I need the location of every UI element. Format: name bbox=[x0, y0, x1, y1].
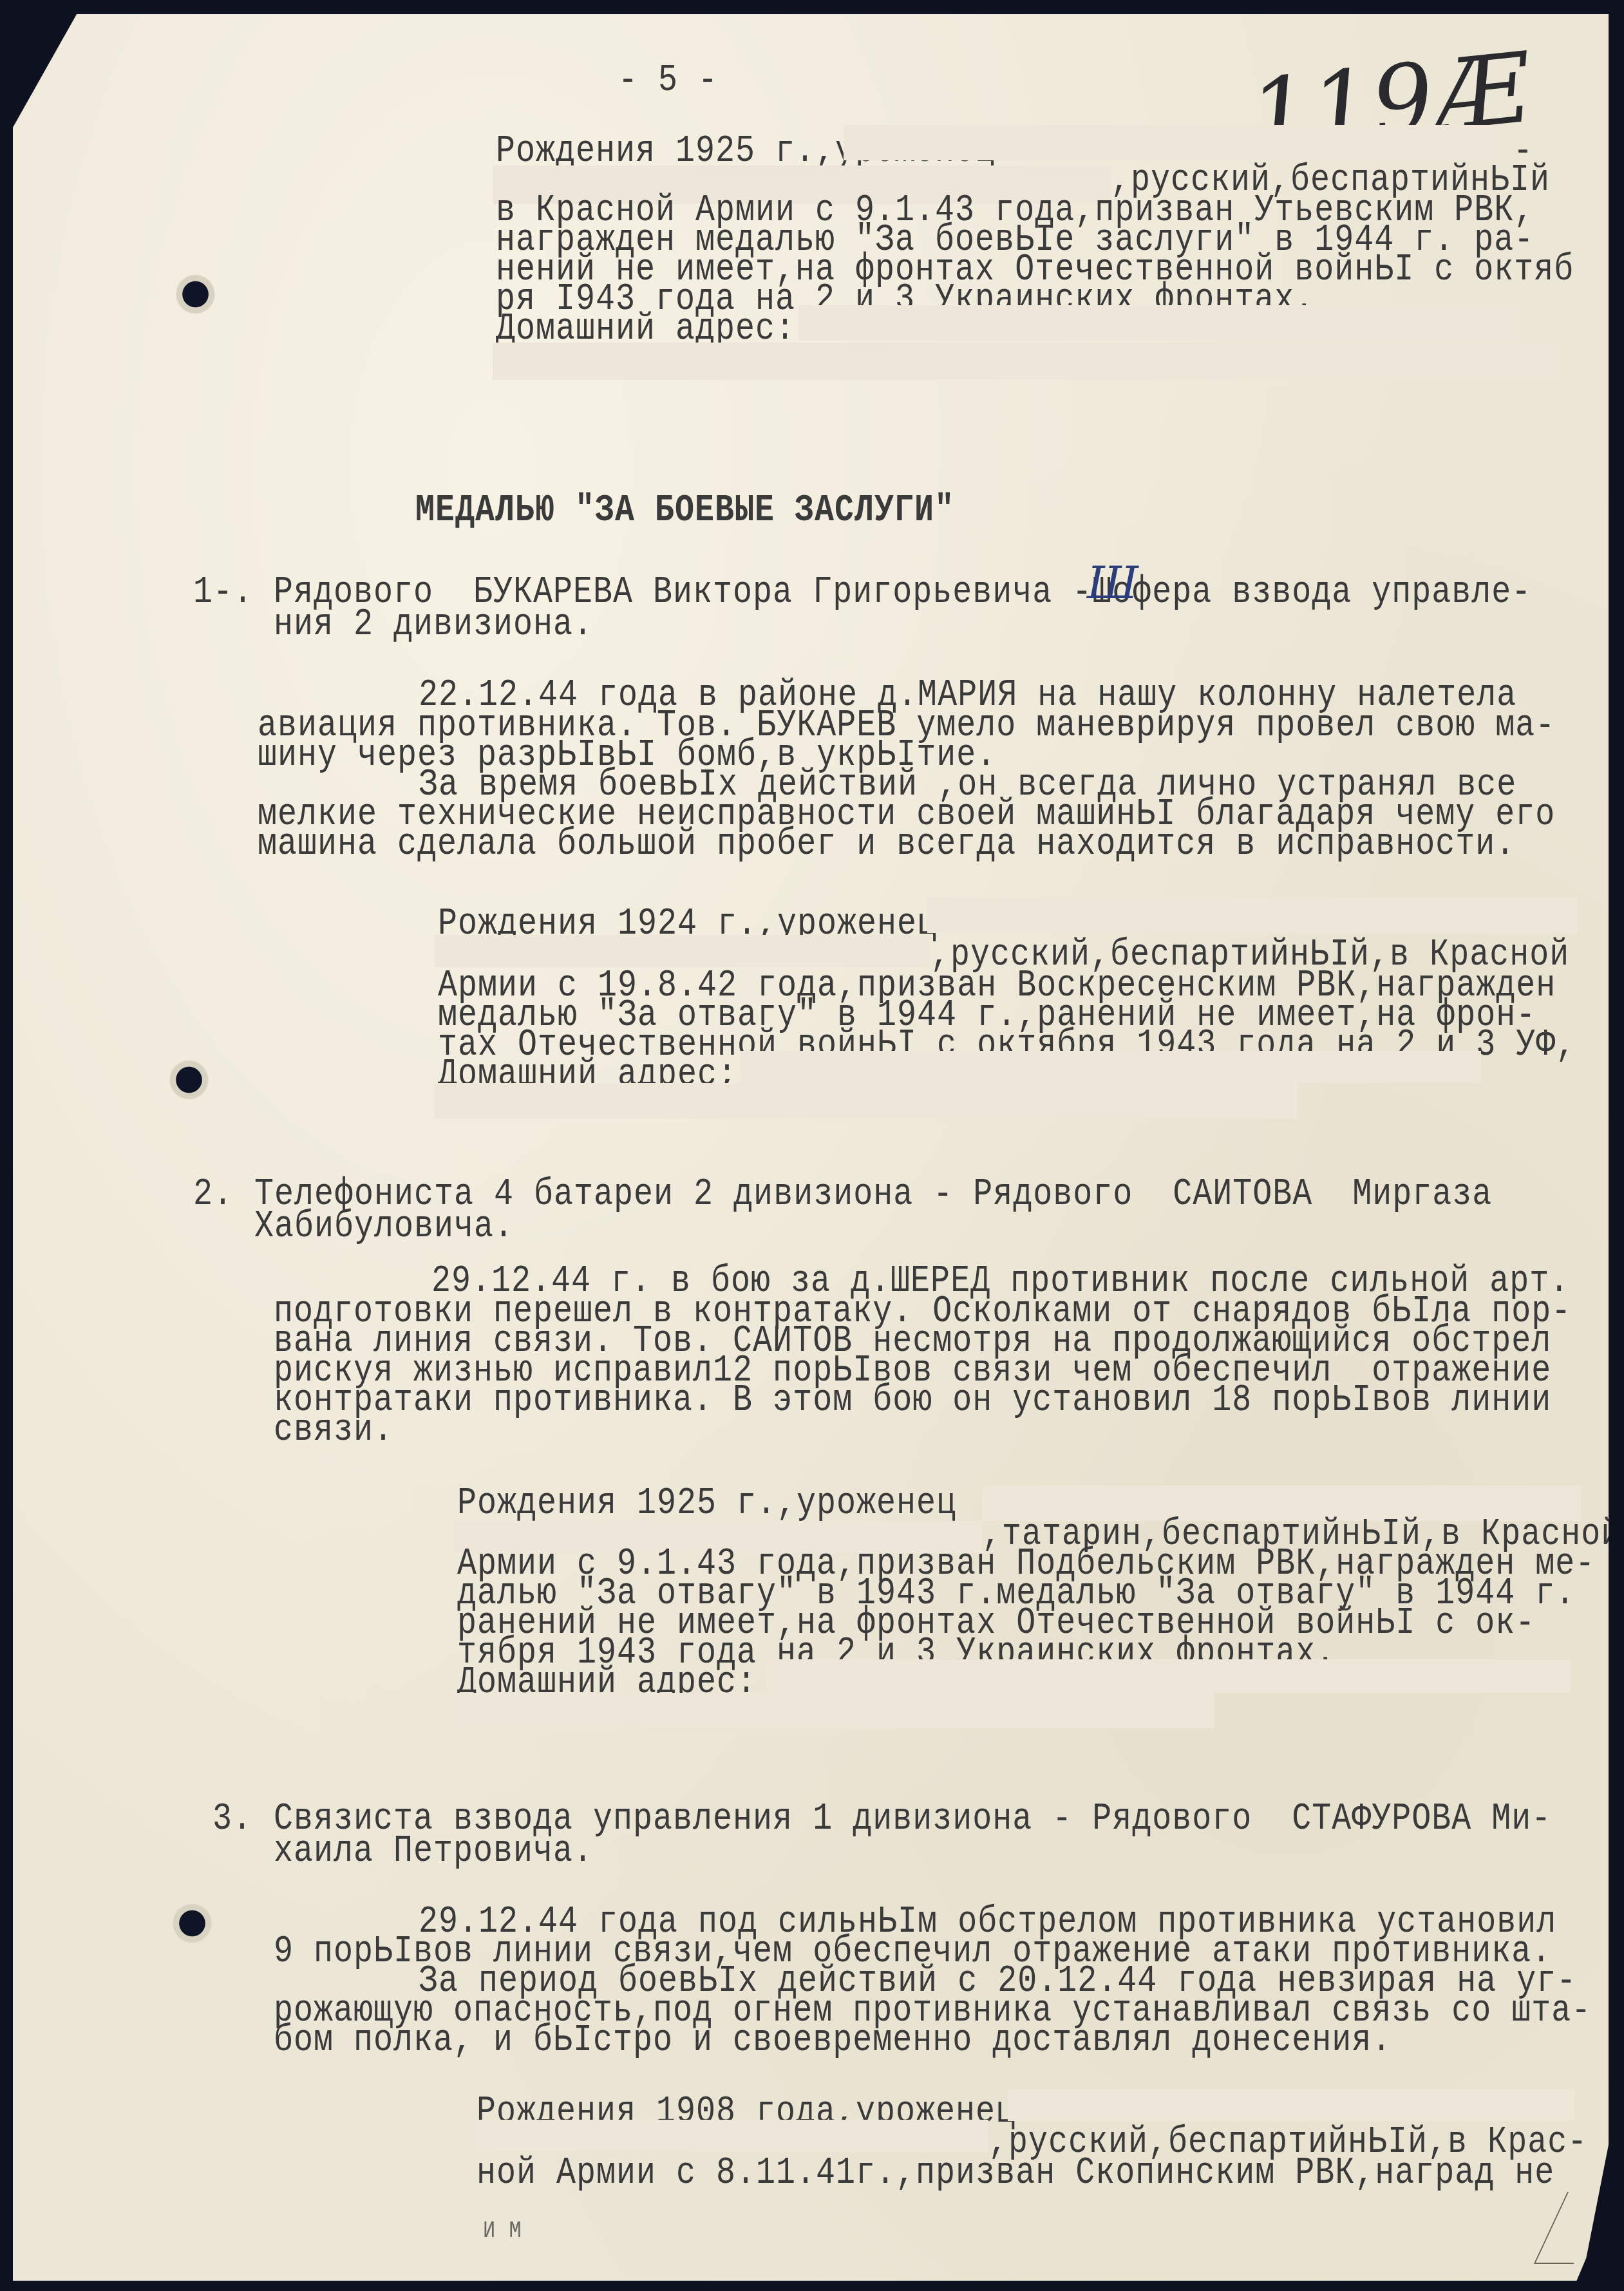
redaction bbox=[927, 898, 1578, 933]
section-heading: МЕДАЛЬЮ "ЗА БОЕВЫЕ ЗАСЛУГИ" bbox=[415, 489, 954, 533]
bio-line: ной Армии с 8.11.41г.,призван Скопинским… bbox=[477, 2152, 1554, 2195]
narrative-line: бом полка, и бЬIстро и своевременно дост… bbox=[274, 2019, 1392, 2062]
narrative-line: машина сделала большой пробег и всегда н… bbox=[258, 823, 1515, 866]
narrative-line: связи. bbox=[274, 1409, 393, 1452]
redaction bbox=[473, 2120, 988, 2152]
narrative-line: контратаки противника. В этом бою он уст… bbox=[274, 1379, 1551, 1422]
redaction bbox=[1008, 2089, 1574, 2121]
redaction bbox=[493, 343, 1562, 380]
folded-corner bbox=[1534, 2192, 1607, 2264]
redaction bbox=[798, 305, 1520, 341]
punch-hole bbox=[167, 1901, 212, 1946]
redaction bbox=[454, 1693, 1214, 1728]
entry-title: ния 2 дивизиона. bbox=[274, 603, 593, 646]
redaction bbox=[766, 1659, 1571, 1693]
redaction bbox=[741, 1051, 1481, 1083]
redaction bbox=[435, 935, 930, 967]
punch-hole bbox=[171, 272, 216, 317]
entry-number: 2. bbox=[193, 1173, 233, 1216]
entry-title: Хабибуловича. bbox=[254, 1205, 514, 1249]
redaction bbox=[844, 125, 1500, 160]
punch-hole bbox=[164, 1057, 209, 1102]
document-sheet: - 5 - 119Ӕ Рождения 1925 г.,уроженец - ,… bbox=[13, 14, 1609, 2281]
handwritten-correction: Ш bbox=[1087, 556, 1138, 609]
redaction bbox=[435, 1083, 1298, 1118]
page-number: - 5 - bbox=[618, 59, 718, 102]
footer-mark: И М bbox=[483, 2216, 522, 2245]
entry-title: хаила Петровича. bbox=[274, 1830, 593, 1873]
entry-number: 3. bbox=[212, 1798, 252, 1841]
bio-line: Рождения 1925 г.,уроженец bbox=[457, 1482, 956, 1525]
entry-number: 1-. bbox=[193, 571, 253, 614]
